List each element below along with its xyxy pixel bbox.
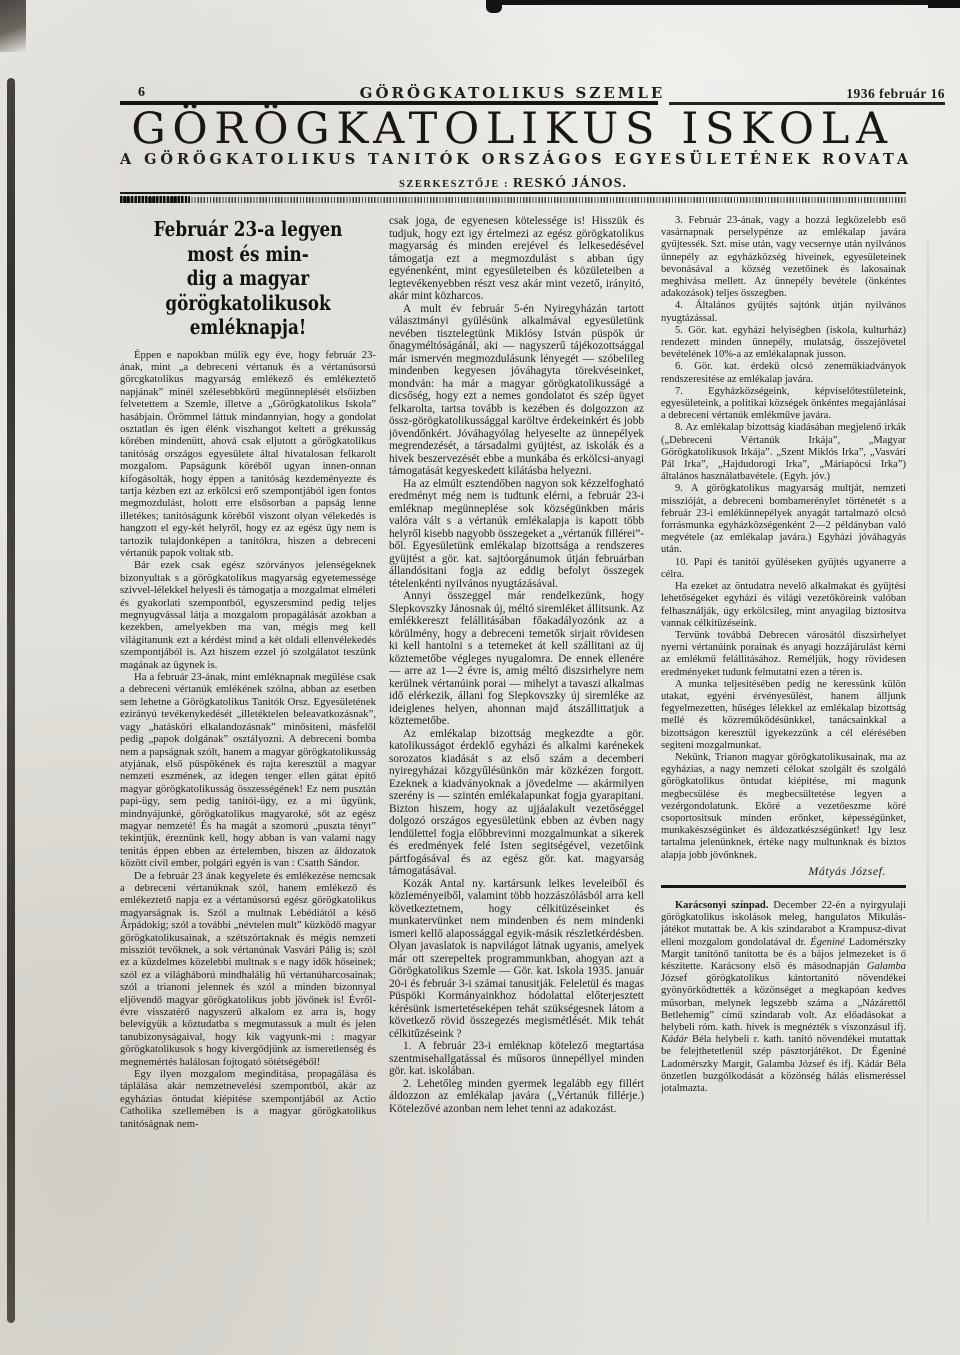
paragraph: Éppen e napokban múlik egy éve, hogy feb… — [120, 349, 376, 560]
paragraph: 6. Gör. kat. érdekü olcsó zeneműkiadvány… — [661, 361, 906, 385]
paragraph: A munka teljesitésében pedig ne keressün… — [661, 679, 906, 752]
paragraph: 2. Lehetőleg minden gyermek legalább egy… — [389, 1078, 644, 1116]
news-text-segment: Galamba — [867, 961, 906, 972]
paragraph: A mult év február 5-én Nyiregyházán tart… — [389, 303, 644, 478]
paragraph: Egy ilyen mozgalom meginditása, propagál… — [120, 1068, 376, 1130]
paragraph: 9. A görögkatolikus magyarság multját, n… — [661, 483, 906, 556]
scan-artifact-top-right-blob — [928, 0, 960, 8]
editor-name: RESKÓ JÁNOS. — [513, 176, 627, 191]
paragraph: 1. A február 23-i emléknap kötelező megt… — [389, 1040, 644, 1078]
scan-artifact-right-fold — [927, 240, 929, 1220]
column-1-body: Éppen e napokban múlik egy éve, hogy feb… — [120, 349, 376, 1131]
column-2: csak joga, de egyenesen kötelessége is! … — [389, 215, 644, 1257]
dotted-divider — [120, 197, 906, 203]
scan-artifact-top-bar-drip — [486, 0, 502, 13]
paragraph: Bár ezek csak egész szórványos jelensége… — [120, 559, 376, 671]
news-text-segment: József görögkatolikus kántortanitó növen… — [661, 973, 906, 1033]
issue-date: 1936 február 16 — [846, 86, 945, 102]
section-divider-rule — [661, 885, 906, 888]
paragraph: Kozák Antal ny. kartársunk lelkes levele… — [389, 878, 644, 1041]
paragraph: Ha a február 23-ának, mint emléknapnak m… — [120, 671, 376, 870]
scan-artifact-left-edge — [7, 78, 15, 1323]
paragraph: 4. Általános gyűjtés sajtónk útján nyilv… — [661, 300, 906, 324]
paragraph: 3. Február 23-ának, vagy a hozzá legköze… — [661, 215, 906, 300]
column-2-body: csak joga, de egyenesen kötelessége is! … — [389, 215, 644, 1115]
section-subtitle: A GÖRÖGKATOLIKUS TANITÓK ORSZÁGOS EGYESÜ… — [120, 151, 906, 168]
news-item: Karácsonyi színpad. December 22-én a nyi… — [661, 900, 906, 1095]
paragraph: Tervünk továbbá Debrecen városától diszs… — [661, 630, 906, 679]
masthead-rule — [120, 192, 906, 194]
article-signature: Mátyás József. — [661, 865, 886, 877]
news-text-segment: Égeniné — [810, 937, 844, 948]
paragraph: 10. Papi és tanitói gyüléseken gyüjtés u… — [661, 557, 906, 581]
newspaper-page: 6 GÖRÖGKATOLIKUS SZEMLE 1936 február 16 … — [0, 0, 960, 1355]
running-head: 6 GÖRÖGKATOLIKUS SZEMLE 1936 február 16 — [120, 84, 945, 100]
journal-title: GÖRÖGKATOLIKUS SZEMLE — [120, 84, 905, 102]
column-3: 3. Február 23-ának, vagy a hozzá legköze… — [661, 215, 906, 1257]
paragraph: Ha ezeket az öntudatra nevelő alkalmakat… — [661, 581, 906, 630]
news-text-segment: Karácsonyi színpad. — [675, 900, 768, 911]
paragraph: 8. Az emlékalap bizottság kiadásában meg… — [661, 422, 906, 483]
paragraph: 7. Egyházközségeink, képviselőtestületei… — [661, 386, 906, 423]
news-text-segment: Kádár — [661, 1034, 688, 1045]
column-3-body: 3. Február 23-ának, vagy a hozzá legköze… — [661, 215, 906, 862]
editor-label: SZERKESZTŐJE : — [399, 179, 509, 190]
news-text-segment: Béla helybeli r. kath. tanitó növendékei… — [661, 1034, 906, 1094]
paragraph: Ha az elmúlt esztendőben nagyon sok kézz… — [389, 478, 644, 591]
paragraph: csak joga, de egyenesen kötelessége is! … — [389, 215, 644, 303]
column-1: Február 23-a legyen most és min- dig a m… — [120, 215, 376, 1257]
paragraph: Annyi összeggel már rendelkezünk, hogy S… — [389, 590, 644, 728]
section-title: GÖRÖGKATOLIKUS ISKOLA — [60, 104, 960, 154]
scan-artifact-top-bar — [488, 0, 960, 5]
paragraph: De a február 23 ának kegyelete és emléke… — [120, 870, 376, 1069]
scan-artifact-top-left-corner — [0, 0, 26, 52]
article-headline: Február 23-a legyen most és min- dig a m… — [143, 217, 353, 340]
editor-line: SZERKESZTŐJE : RESKÓ JÁNOS. — [120, 174, 906, 192]
paragraph: Az emlékalap bizottság megkezdte a gör. … — [389, 728, 644, 878]
paragraph: 5. Gör. kat. egyházi helyiségben (iskola… — [661, 325, 906, 362]
paragraph: Nekünk, Trianon magyar görögkatolikusain… — [661, 752, 906, 862]
